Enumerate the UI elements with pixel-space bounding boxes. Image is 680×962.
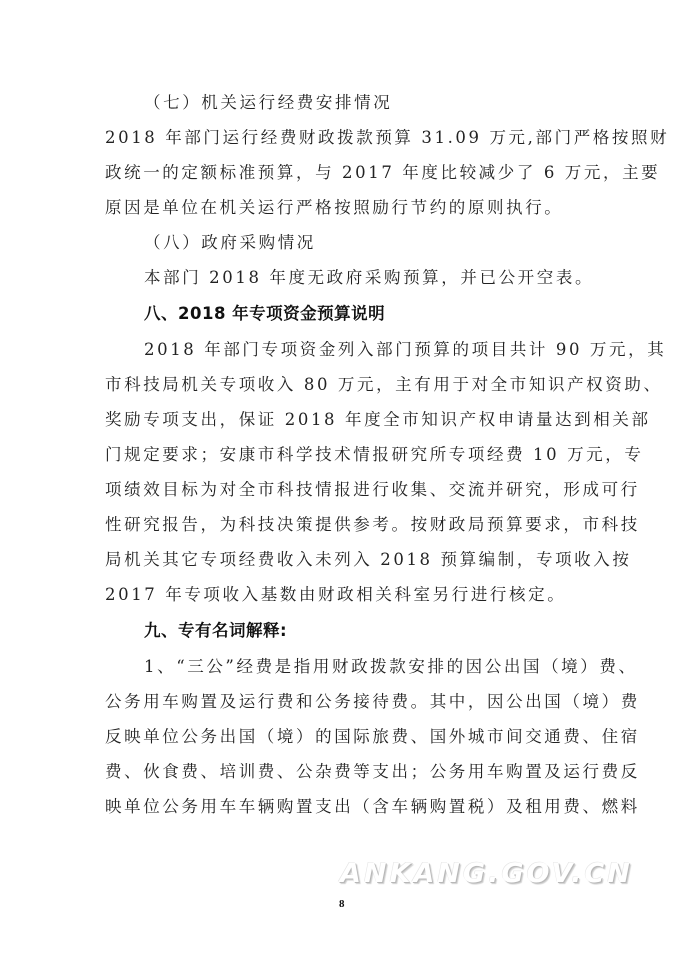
paragraph-line: 局机关其它专项经费收入未列入 2018 预算编制，专项收入按 xyxy=(105,549,585,571)
page-number: 8 xyxy=(339,898,345,910)
paragraph-line: 2018 年部门运行经费财政拨款预算 31.09 万元,部门严格按照财 xyxy=(105,127,585,149)
subheading-office-operating-expenses: （七）机关运行经费安排情况 xyxy=(144,92,624,114)
site-watermark: ANKANG.GOV.CN xyxy=(340,858,633,889)
paragraph-line: 2018 年部门专项资金列入部门预算的项目共计 90 万元，其 xyxy=(144,339,624,361)
heading-glossary: 九、专有名词解释: xyxy=(144,620,624,642)
paragraph-line: 公务用车购置及运行费和公务接待费。其中，因公出国（境）费 xyxy=(105,691,585,713)
paragraph-line: 1、“三公”经费是指用财政拨款安排的因公出国（境）费、 xyxy=(144,656,624,678)
paragraph-line: 费、伙食费、培训费、公杂费等支出；公务用车购置及运行费反 xyxy=(105,761,585,783)
paragraph-line: 本部门 2018 年度无政府采购预算，并已公开空表。 xyxy=(144,267,624,289)
paragraph-line: 门规定要求；安康市科学技术情报研究所专项经费 10 万元，专 xyxy=(105,444,585,466)
paragraph-line: 性研究报告，为科技决策提供参考。按财政局预算要求，市科技 xyxy=(105,514,585,536)
paragraph-line: 奖励专项支出，保证 2018 年度全市知识产权申请量达到相关部 xyxy=(105,409,585,431)
paragraph-line: 市科技局机关专项收入 80 万元，主有用于对全市知识产权资助、 xyxy=(105,374,585,396)
paragraph-line: 原因是单位在机关运行严格按照励行节约的原则执行。 xyxy=(105,197,585,219)
paragraph-line: 映单位公务用车车辆购置支出（含车辆购置税）及租用费、燃料 xyxy=(105,796,585,818)
paragraph-line: 2017 年专项收入基数由财政相关科室另行进行核定。 xyxy=(105,584,585,606)
subheading-government-procurement: （八）政府采购情况 xyxy=(144,232,624,254)
heading-special-funds-budget: 八、2018 年专项资金预算说明 xyxy=(144,303,624,325)
paragraph-line: 项绩效目标为对全市科技情报进行收集、交流并研究，形成可行 xyxy=(105,479,585,501)
document-page: （七）机关运行经费安排情况 2018 年部门运行经费财政拨款预算 31.09 万… xyxy=(0,0,680,962)
paragraph-line: 反映单位公务出国（境）的国际旅费、国外城市间交通费、住宿 xyxy=(105,726,585,748)
paragraph-line: 政统一的定额标准预算，与 2017 年度比较减少了 6 万元，主要 xyxy=(105,162,585,184)
